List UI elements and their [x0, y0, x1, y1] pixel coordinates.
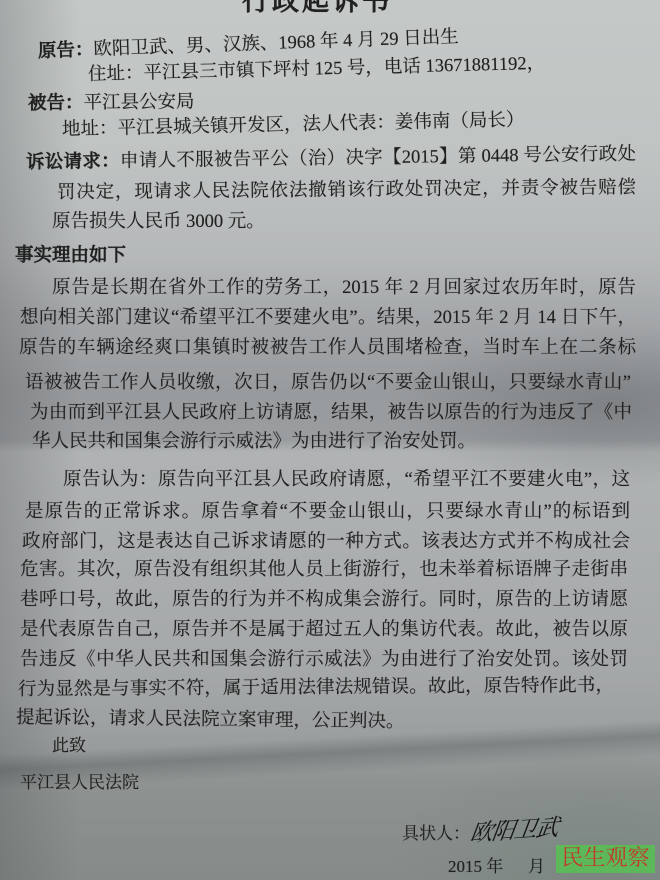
plaintiff-label: 原告： — [38, 40, 94, 62]
claims-text-1: 申请人不服被告平公（治）决字【2015】第 0448 号公安行政处 — [120, 144, 636, 171]
defendant-address: 平江县城关镇开发区，法人代表：姜伟南（局长） — [117, 110, 524, 139]
paragraph-2-line: 提起诉讼，请求人民法院立案审理，公正判决。 — [16, 707, 405, 733]
paragraph-1-line: 原告是长期在省外工作的劳务工，2015 年 2 月回家过农历年时，原告 — [52, 277, 636, 299]
paragraph-1-line: 想向相关部门建议“希望平江不要建火电”。结果，2015 年 2 月 14 日下午… — [20, 307, 636, 329]
paragraph-2-line: 告违反《中华人民共和国集会游行示威法》为由进行了治安处罚。该处罚 — [20, 649, 628, 671]
defendant-address-label: 地址： — [62, 119, 118, 140]
paragraph-2-line: 政府部门，这是表达自己诉求请愿的一种方式。该表达方式并不构成社会 — [22, 531, 630, 553]
paragraph-1-line: 华人民共和国集会游行示威法》为由进行了治安处罚。 — [32, 431, 476, 453]
paragraph-2-line: 是原告的正常诉求。原告拿着“不要金山银山，只要绿水青山”的标语到 — [25, 501, 630, 523]
plaintiff-address: 平江县三市镇下坪村 125 号，电话 13671881192， — [143, 54, 545, 84]
paragraph-2-line: 危害。其次，原告没有组织其他人员上街游行，也未举着标语牌子走街串 — [20, 559, 628, 581]
handwritten-signature: 欧阳卫武 — [468, 815, 559, 847]
claims-label: 诉讼请求： — [26, 152, 120, 173]
date-month: 月 — [528, 856, 545, 878]
paragraph-1-line: 语被被告工作人员收缴，次日，原告仍以“不要金山银山，只要绿水青山” — [25, 372, 631, 394]
signer-label: 具状人： — [402, 823, 470, 845]
document-title: 行政起诉书 — [242, 0, 392, 16]
claims-line-2: 罚决定，现请求人民法院依法撤销该行政处罚决定，并责令被告赔偿 — [57, 177, 636, 204]
document-photo: 行政起诉书 原告：欧阳卫武、男、汉族、1968 年 4 月 29 日出生 住址：… — [0, 0, 660, 880]
paragraph-2-line: 是代表原告自己，原告并不是属于超过五人的集访代表。故此，被告以原 — [20, 619, 628, 641]
plaintiff-info: 欧阳卫武、男、汉族、1968 年 4 月 29 日出生 — [93, 27, 459, 60]
salutation: 此致 — [52, 735, 86, 757]
claims-line-1: 诉讼请求：申请人不服被告平公（治）决字【2015】第 0448 号公安行政处 — [26, 143, 636, 174]
defendant-name: 平江县公安局 — [83, 92, 194, 113]
paragraph-2-line: 原告认为：原告向平江县人民政府请愿，“希望平江不要建火电”，这 — [63, 469, 630, 491]
paragraph-1-line: 为由而到平江县人民政府上访请愿，结果，被告以原告的行为违反了《中 — [30, 402, 632, 424]
defendant-label: 被告： — [28, 93, 84, 114]
date-year: 2015 年 — [448, 856, 503, 878]
court-name: 平江县人民法院 — [20, 772, 139, 794]
claims-line-3: 原告损失人民币 3000 元。 — [52, 211, 265, 233]
facts-heading: 事实理由如下 — [15, 245, 126, 267]
paragraph-2-line: 行为显然是与事实不符，属于适用法律法规错误。故此，原告特作此书， — [18, 675, 614, 701]
paragraph-1-line: 原告的车辆途经爽口集镇时被被告工作人员围堵检查，当时车上在二条标 — [19, 337, 636, 359]
defendant-address-line: 地址：平江县城关镇开发区，法人代表：姜伟南（局长） — [62, 109, 525, 141]
plaintiff-address-label: 住址： — [88, 64, 144, 85]
watermark-badge: 民生观察 — [556, 845, 655, 873]
paragraph-2-line: 巷呼口号，故此，原告的行为并不构成集会游行。同时，原告的上访请愿 — [20, 589, 628, 611]
defendant-line: 被告：平江县公安局 — [28, 91, 195, 115]
